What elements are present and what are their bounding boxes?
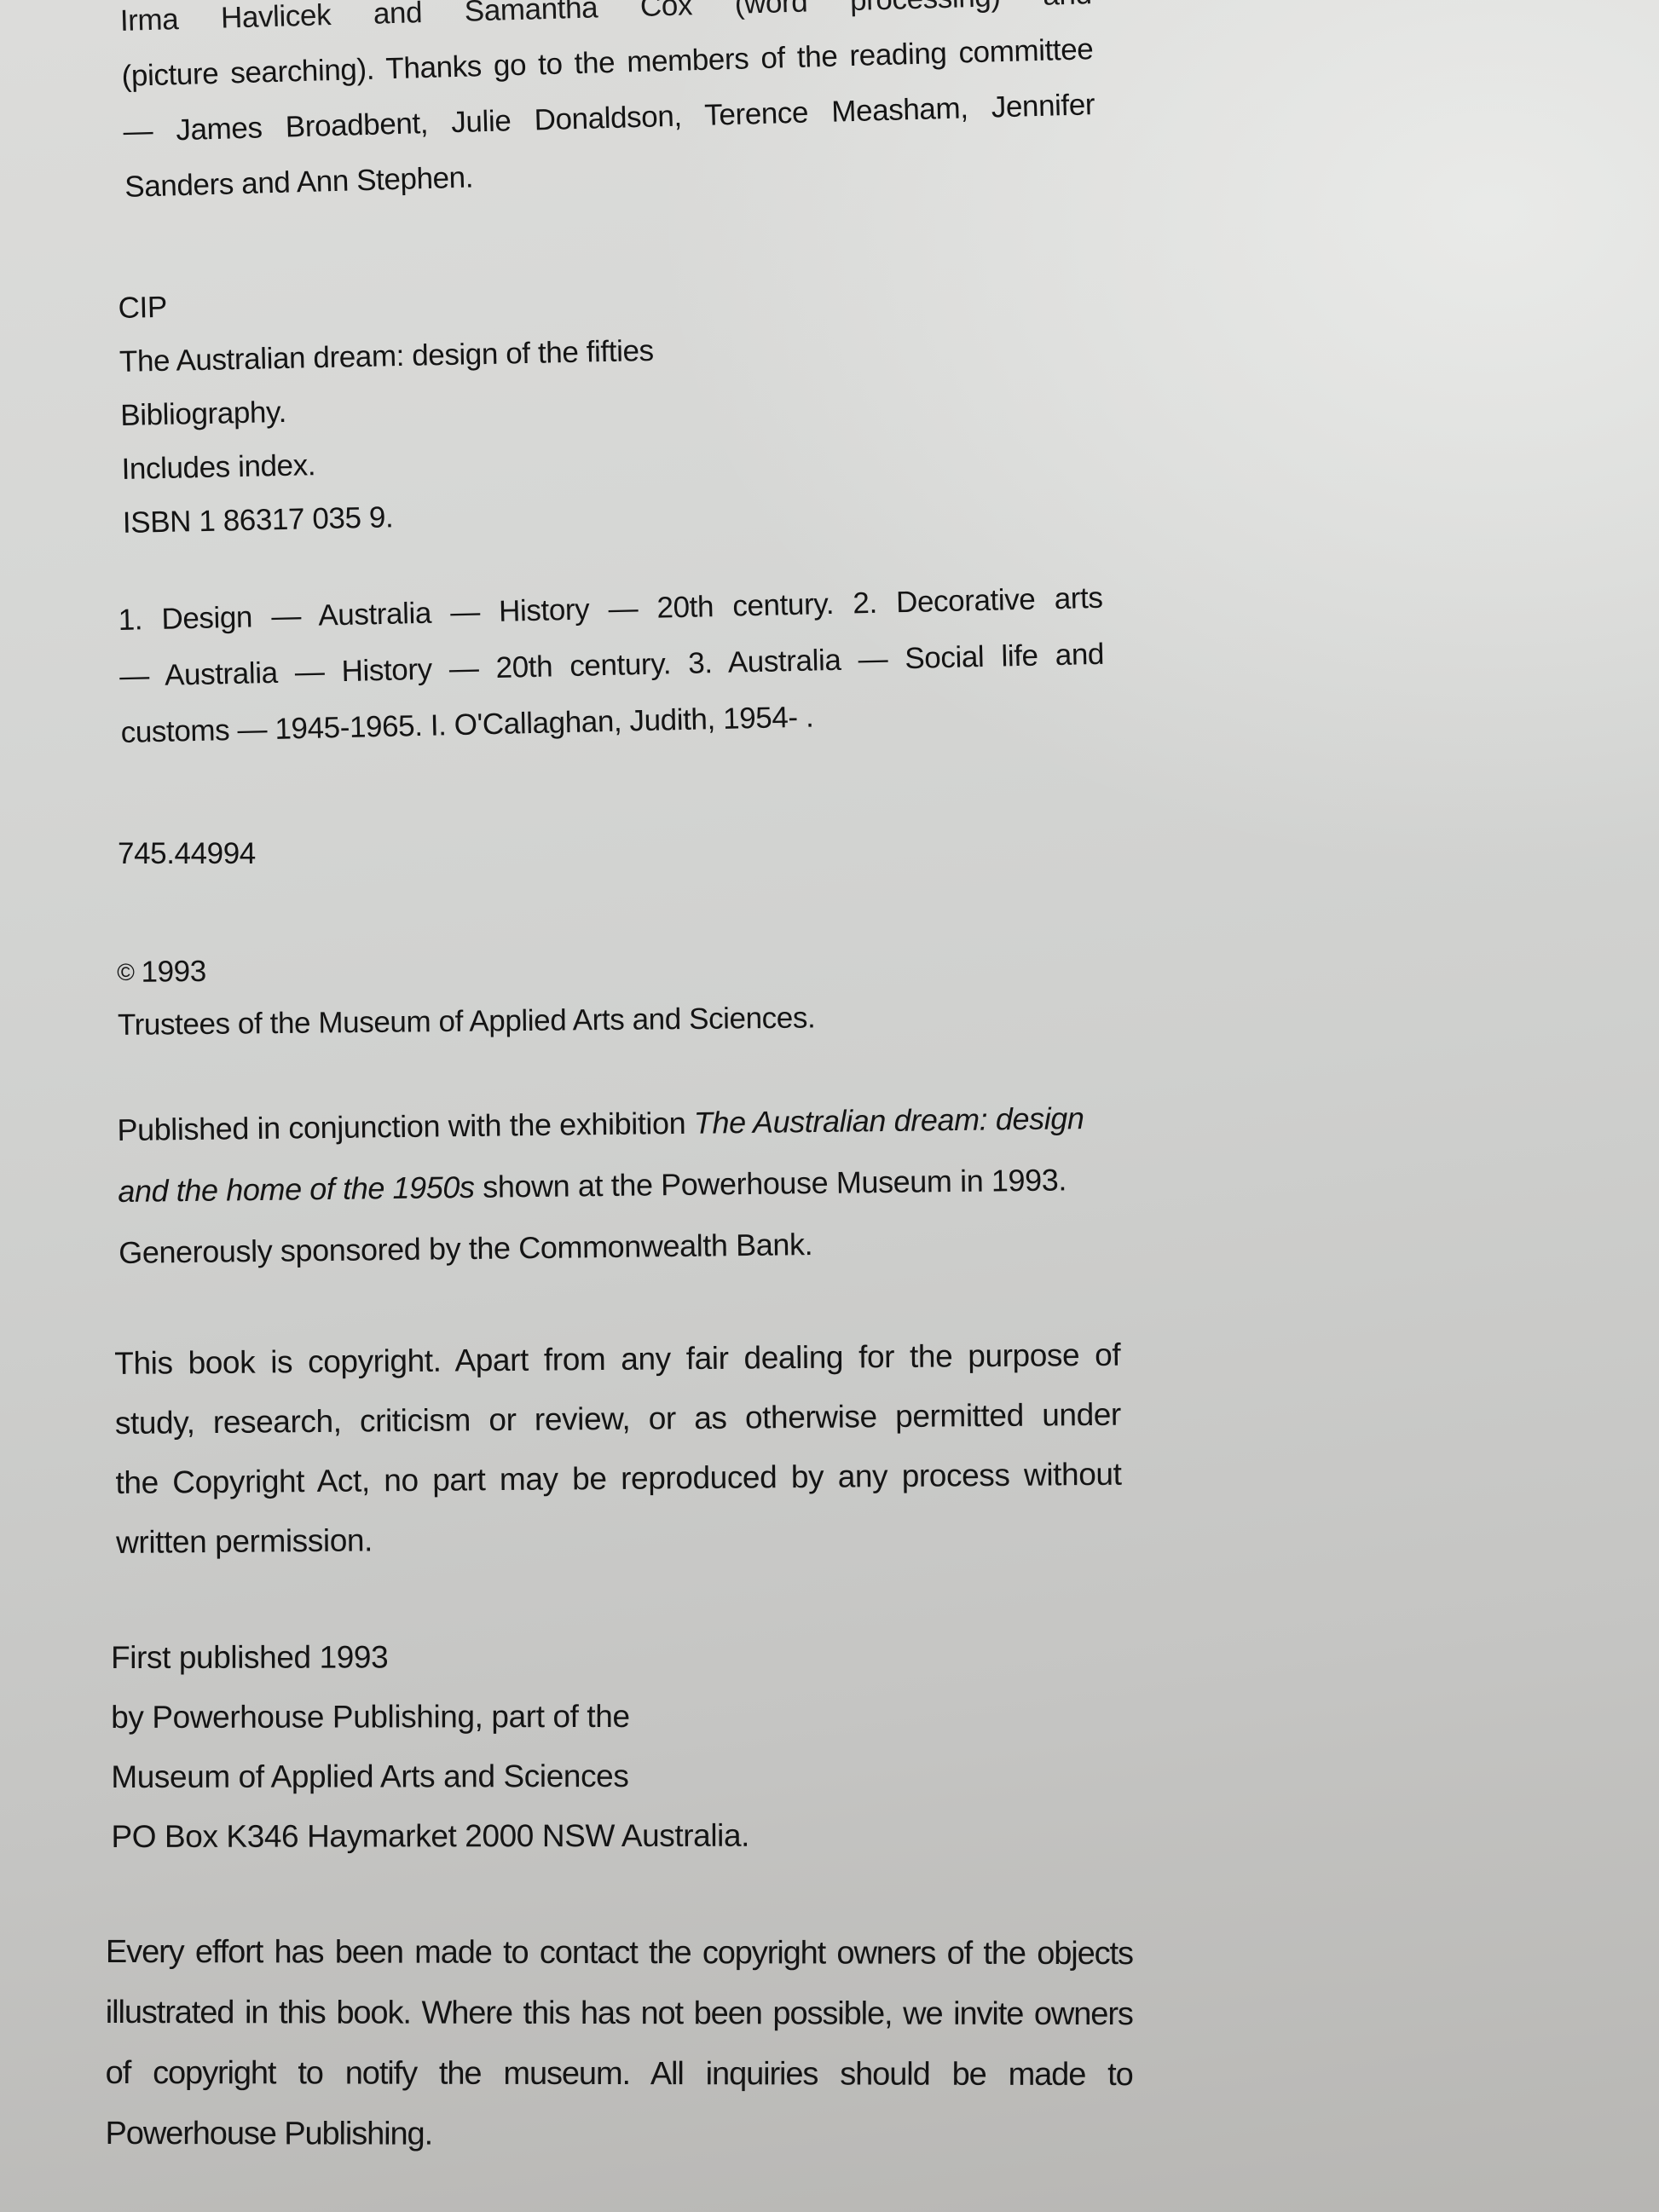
acknowledgement-paragraph: Irma Havlicek and Samantha Cox (word pro… <box>119 0 1097 215</box>
subject-headings: 1. Design — Australia — History — 20th c… <box>118 570 1106 761</box>
effort-notice-paragraph: Every effort has been made to contact th… <box>106 1922 1133 2166</box>
dewey-value: 745.44994 <box>118 835 256 873</box>
effort-line: of copyright to notify the museum. All i… <box>106 2043 1133 2105</box>
copyright-year-line: ©1993 <box>117 939 815 999</box>
rights-line: study, research, criticism or review, or… <box>115 1385 1122 1453</box>
effort-line: illustrated in this book. Where this has… <box>106 1983 1133 2045</box>
rights-line: This book is copyright. Apart from any f… <box>114 1325 1121 1394</box>
publisher-line: by Powerhouse Publishing, part of the <box>111 1687 749 1747</box>
exhibition-title-part2: and the home of the 1950s <box>118 1170 475 1209</box>
dewey-number: 745.44994 <box>118 835 256 873</box>
copyright-block: ©1993 Trustees of the Museum of Applied … <box>117 939 816 1052</box>
exhibition-title-part1: The Australian dream: design <box>694 1100 1084 1141</box>
publisher-line: First published 1993 <box>111 1627 749 1688</box>
book-page: Irma Havlicek and Samantha Cox (word pro… <box>0 0 1659 2212</box>
exhibition-venue: shown at the Powerhouse Museum in 1993. <box>474 1162 1066 1204</box>
copyright-symbol-icon: © <box>117 959 135 985</box>
exhibition-prefix: Published in conjunction with the exhibi… <box>117 1106 694 1147</box>
cip-isbn: ISBN 1 86317 035 9. <box>122 485 657 550</box>
sponsor-line: Generously sponsored by the Commonwealth… <box>118 1210 1117 1284</box>
cip-title: The Australian dream: design of the fift… <box>118 324 654 389</box>
rights-line: written permission. <box>116 1505 1123 1573</box>
publisher-block: First published 1993 by Powerhouse Publi… <box>111 1627 749 1867</box>
copyright-year: 1993 <box>141 955 206 989</box>
rights-line: the Copyright Act, no part may be reprod… <box>115 1445 1122 1513</box>
effort-line: Every effort has been made to contact th… <box>106 1922 1133 1984</box>
copyright-holder: Trustees of the Museum of Applied Arts a… <box>118 991 816 1052</box>
publisher-address: PO Box K346 Haymarket 2000 NSW Australia… <box>111 1806 749 1867</box>
effort-line: Powerhouse Publishing. <box>106 2104 1133 2166</box>
rights-paragraph: This book is copyright. Apart from any f… <box>114 1325 1122 1573</box>
cip-block: CIP The Australian dream: design of the … <box>118 270 657 550</box>
exhibition-paragraph: Published in conjunction with the exhibi… <box>117 1088 1117 1284</box>
exhibition-line: and the home of the 1950s shown at the P… <box>118 1149 1116 1222</box>
publisher-line: Museum of Applied Arts and Sciences <box>111 1747 749 1807</box>
